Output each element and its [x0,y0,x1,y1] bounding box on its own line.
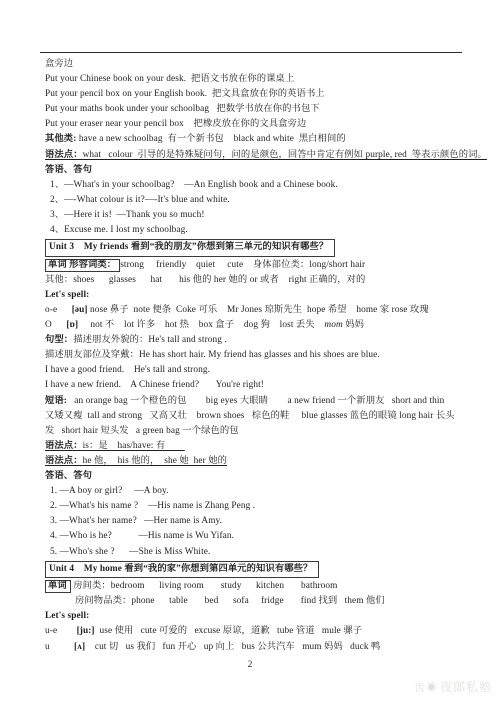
text-segment: u [45,642,74,652]
text-segment: 语法点： [45,456,83,466]
text-segment: 答语、答句 [45,471,92,481]
text-segment: 4. —Who is he? —His name is Wu Yifan. [50,531,234,541]
text-segment: an orange bag 一个橙色的包 big eyes 大眼睛 a new … [67,396,444,406]
text-segment: 语法点： [45,441,83,451]
text-segment: I have a good friend. He's tall and stro… [45,365,210,375]
text-line: I have a good friend. He's tall and stro… [45,363,490,378]
text-segment: Unit 4 My home 看到“我的家”你想到第四单元的知识有哪些？ [49,564,312,574]
watermark: 齿◉夜郎私塾 [414,678,492,695]
text-segment: O [45,320,66,330]
text-segment: is：是 has/have: 有 [83,441,185,451]
text-line: Put your pencil box on your English book… [45,87,490,102]
text-line: 短语: an orange bag 一个橙色的包 big eyes 大眼睛 a … [45,394,490,409]
text-line: u [ʌ] cut 切 us 我们 fun 开心 up 向上 bus 公共汽车 … [45,640,490,655]
text-segment: Put your maths book under your schoolbag… [45,104,320,114]
text-segment: 3、—Here it is! —Thank you so much! [50,210,205,220]
text-segment: 答语、答句 [45,165,92,175]
text-line: 4、Excuse me. I lost my schoolbag. [45,223,490,238]
text-segment: 1. —A boy or girl? —A boy. [50,486,169,496]
text-line: 单词 形容词类：strong friendly quiet cute 身体部位类… [45,258,490,273]
watermark-text: 夜郎私塾 [440,680,492,694]
text-line: 3、—Here it is! —Thank you so much! [45,208,490,223]
text-line: 盒旁边 [45,57,490,72]
text-line: 答语、答句 [45,163,490,178]
text-segment: [əu] [72,305,88,315]
text-segment: 其他：shoes glasses hat his 他的 her 她的 or 或者… [45,275,365,285]
text-segment: cut 切 us 我们 fun 开心 up 向上 bus 公共汽车 mum 妈妈… [85,642,380,652]
unit4-title: Unit 4 My home 看到“我的家”你想到第四单元的知识有哪些？ [45,561,319,579]
text-segment: 又矮又瘦 tall and strong 又高又壮 brown shoes 棕色… [45,411,455,421]
text-segment: [ju:] [77,626,95,636]
text-segment: Unit 3 My friends 看到“我的朋友”你想到第三单元的知识有哪些？ [49,242,328,252]
unit3-title: Unit 3 My friends 看到“我的朋友”你想到第三单元的知识有哪些？ [45,239,335,257]
text-line: 1. —A boy or girl? —A boy. [45,484,490,499]
text-line: 其他类: have a new schoolbag 有一个新书包 black a… [45,132,490,147]
top-rule-divider [40,52,462,53]
text-line: 答语、答句 [45,469,490,484]
text-segment: 1、—What's in your schoolbag? —An English… [50,180,338,190]
text-segment: 盒旁边 [45,59,73,69]
text-segment: 发 short hair 短头发 a green bag 一个绿色的包 [45,426,239,436]
text-segment: 其他类: [45,134,76,144]
text-segment: Put your Chinese book on your desk. 把语文书… [45,74,294,84]
text-segment: Let's spell: [45,611,89,621]
text-segment: Put your eraser near your pencil box 把橡皮… [45,119,306,129]
text-segment: 3. —What's her name? —Her name is Amy. [50,516,222,526]
text-segment: use 使用 cute 可爱的 excuse 原谅，道歉 tube 管道 mul… [95,626,362,636]
text-line: 又矮又瘦 tall and strong 又高又壮 brown shoes 棕色… [45,409,490,424]
text-line: 语法点：is：是 has/have: 有 [45,439,490,454]
text-line: 4. —Who is he? —His name is Wu Yifan. [45,529,490,544]
text-segment: [ɒ] [66,320,78,330]
text-segment: he 他， his 他的， she 她 her 她的 [83,456,227,466]
text-line: 2. —What's his name ? —His name is Zhang… [45,499,490,514]
text-line: O [ɒ] not 不 lot 许多 hot 热 box 盒子 dog 狗 lo… [45,318,490,333]
text-line: Let's spell: [45,288,490,303]
text-line: Let's spell: [45,609,490,624]
text-segment: not 不 lot 许多 hot 热 box 盒子 dog 狗 lost 丢失 [78,320,324,330]
text-segment: o-e [45,305,72,315]
text-segment: 5. —Who's she ? —She is Miss White. [50,547,210,557]
text-line: 单词 房间类：bedroom living room study kitchen… [45,579,490,594]
text-segment: 短语: [45,396,67,406]
text-line: u-e [ju:] use 使用 cute 可爱的 excuse 原谅，道歉 t… [45,624,490,639]
text-segment: 语法点： [45,150,83,160]
text-segment: mom [324,320,342,330]
text-segment: 2、—-What colour is it?—-It's blue and wh… [50,195,230,205]
text-line: Put your Chinese book on your desk. 把语文书… [45,72,490,87]
text-segment: 描述朋友外貌的：He's tall and strong . [73,335,227,345]
text-segment: Let's spell: [45,290,89,300]
page-number: 2 [0,660,500,670]
doc-lines: 盒旁边Put your Chinese book on your desk. 把… [45,57,490,655]
watermark-logo-icon: 齿◉ [414,679,438,695]
text-line: 其他：shoes glasses hat his 他的 her 她的 or 或者… [45,273,490,288]
text-segment: u-e [45,626,77,636]
text-line: 语法点：he 他， his 他的， she 她 her 她的 [45,454,490,469]
text-line: 描述朋友部位及穿戴：He has short hair. My friend h… [45,348,490,363]
text-segment: [ʌ] [74,642,85,652]
text-segment: 房间物品类：phone table bed sofa fridge find 找… [75,596,385,606]
text-segment: 房间类：bedroom living room study kitchen ba… [71,581,338,591]
text-line: Put your maths book under your schoolbag… [45,102,490,117]
text-segment: Put your pencil box on your English book… [45,89,325,99]
text-segment: have a new schoolbag 有一个新书包 black and wh… [76,134,345,144]
text-line: 发 short hair 短头发 a green bag 一个绿色的包 [45,424,490,439]
boxed-label: 单词 [45,580,71,593]
text-segment: 妈妈 [343,320,364,330]
text-segment: 描述朋友部位及穿戴：He has short hair. My friend h… [45,350,380,360]
text-line: 3. —What's her name? —Her name is Amy. [45,514,490,529]
boxed-label: 单词 形容词类： [45,259,120,272]
text-segment: 4、Excuse me. I lost my schoolbag. [50,225,188,235]
text-segment: 2. —What's his name ? —His name is Zhang… [50,501,255,511]
text-line: 句型：描述朋友外貌的：He's tall and strong . [45,333,490,348]
text-line: 房间物品类：phone table bed sofa fridge find 找… [45,594,490,609]
text-segment: I have a new friend. A Chinese friend? Y… [45,380,264,390]
text-line: 1、—What's in your schoolbag? —An English… [45,178,490,193]
text-segment: strong friendly quiet cute 身体部位类：long/sh… [120,260,365,270]
text-segment: 句型： [45,335,73,345]
document-page: 盒旁边Put your Chinese book on your desk. 把… [0,0,500,707]
text-line: 5. —Who's she ? —She is Miss White. [45,545,490,560]
text-line: 语法点：what colour 引导的是特殊疑问句，问的是颜色，回答中肯定有例如… [45,148,490,163]
text-line: Put your eraser near your pencil box 把橡皮… [45,117,490,132]
text-line: 2、—-What colour is it?—-It's blue and wh… [45,193,490,208]
text-segment: nose 鼻子 note 便条 Coke 可乐 Mr Jones 琼斯先生 ho… [88,305,429,315]
text-segment: what colour 引导的是特殊疑问句，问的是颜色，回答中肯定有例如 pur… [83,150,487,160]
text-line: o-e [əu] nose 鼻子 note 便条 Coke 可乐 Mr Jone… [45,303,490,318]
text-line: I have a new friend. A Chinese friend? Y… [45,378,490,393]
